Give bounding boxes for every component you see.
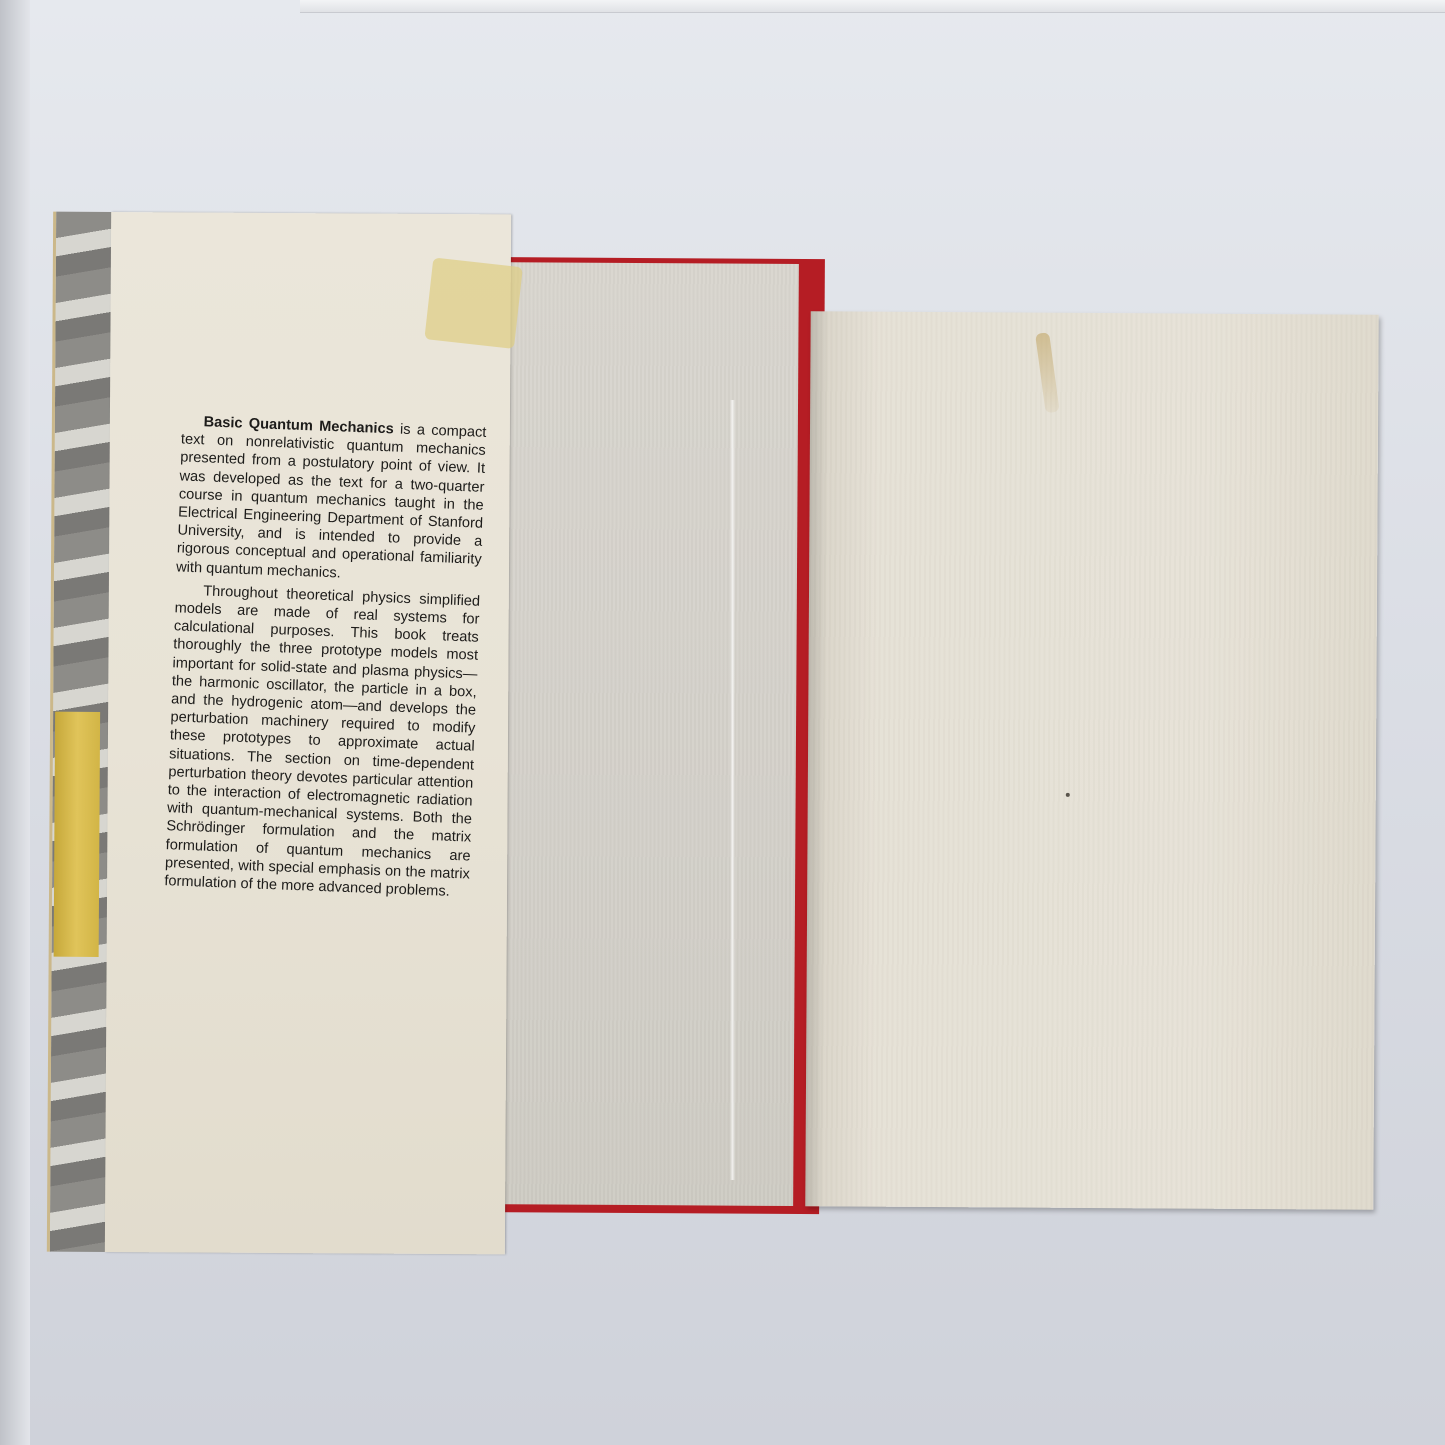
blurb-paragraph-1-text: is a compact text on nonrelativistic qua… [176,421,487,581]
endpaper-crease [730,400,735,1180]
left-endpaper [459,262,799,1206]
backdrop-fold [300,0,1445,13]
right-blank-page [805,311,1378,1209]
blurb-paragraph-2: Throughout theoretical physics simplifie… [164,581,480,902]
sticker-residue [424,257,523,348]
jacket-blurb: Basic Quantum Mechanics is a compact tex… [164,412,487,906]
page-stain [1035,332,1060,413]
jacket-flap-panel: Basic Quantum Mechanics is a compact tex… [105,212,511,1254]
jacket-spine-yellow-band [54,712,100,957]
blurb-paragraph-1: Basic Quantum Mechanics is a compact tex… [176,412,487,587]
page-speck [1066,793,1070,797]
dust-jacket-flap: Basic Quantum Mechanics is a compact tex… [47,212,498,1255]
backdrop-shadow [0,0,30,1445]
